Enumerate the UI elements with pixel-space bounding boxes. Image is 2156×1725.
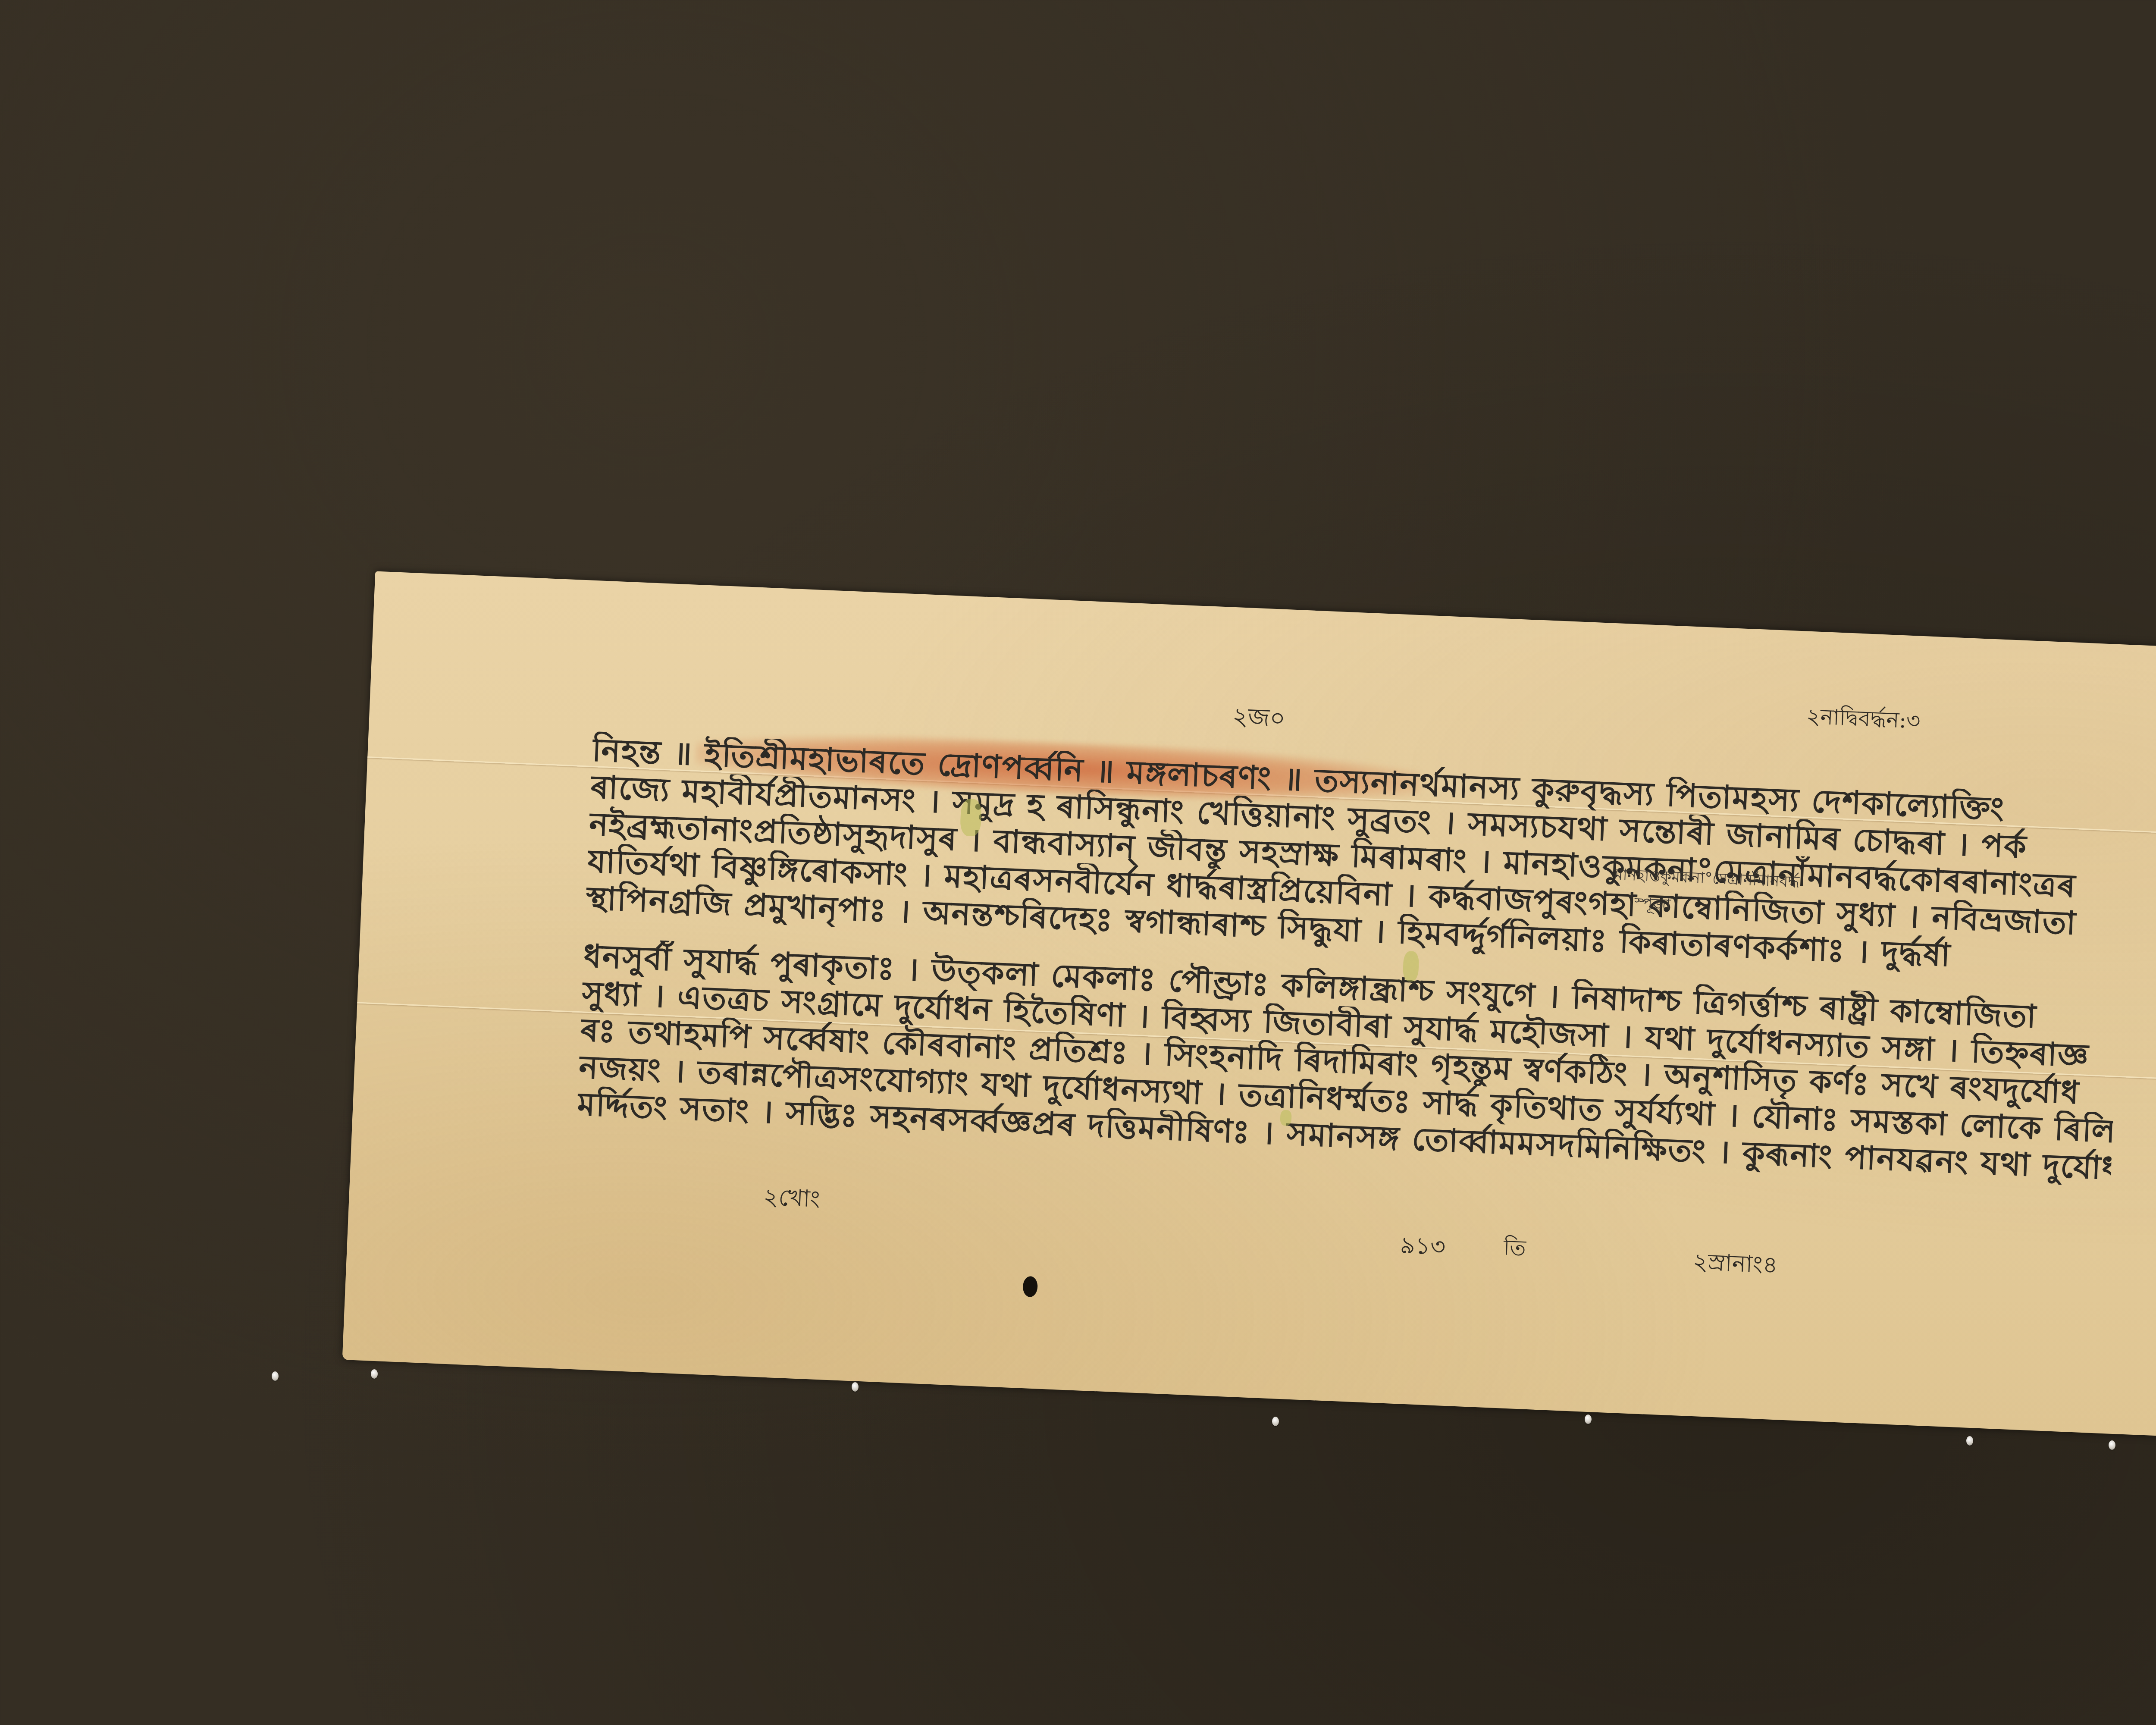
mounting-pin xyxy=(852,1382,859,1392)
mounting-pin xyxy=(2109,1440,2115,1450)
mounting-pin xyxy=(371,1369,378,1379)
mounting-pin xyxy=(1966,1436,1973,1446)
pigment-stain xyxy=(1403,951,1420,982)
manuscript-text: নিহন্ত ॥ ইতিশ্ৰীমহাভাৰতে দ্ৰোণপৰ্ব্বনি ॥… xyxy=(577,731,2127,1187)
mounting-pin xyxy=(1585,1414,1592,1424)
mounting-pin xyxy=(1272,1417,1279,1426)
bottom-right-marginal-label: ২স্রানাং৪ xyxy=(1692,1244,1779,1286)
pigment-stain xyxy=(960,799,982,837)
top-folio-number: ২জ০ xyxy=(1232,698,1286,740)
bottom-left-marginal-label: ২খোং xyxy=(762,1179,821,1220)
interlinear-note: স্পূজা xyxy=(1634,891,1671,919)
top-right-marginal-label: ২নাদ্বিবৰ্দ্ধন:৩ xyxy=(1805,700,1921,741)
manuscript-leaf: ২জ০ ২নাদ্বিবৰ্দ্ধন:৩ নিহন্ত ॥ ইতিশ্ৰীমহা… xyxy=(342,571,2156,1443)
bottom-center-mark: তি xyxy=(1503,1231,1526,1268)
pigment-stain xyxy=(1280,1110,1291,1126)
bottom-folio-number: ৯১৩ xyxy=(1399,1227,1446,1267)
binding-hole xyxy=(1022,1276,1038,1297)
mounting-pin xyxy=(272,1371,279,1381)
